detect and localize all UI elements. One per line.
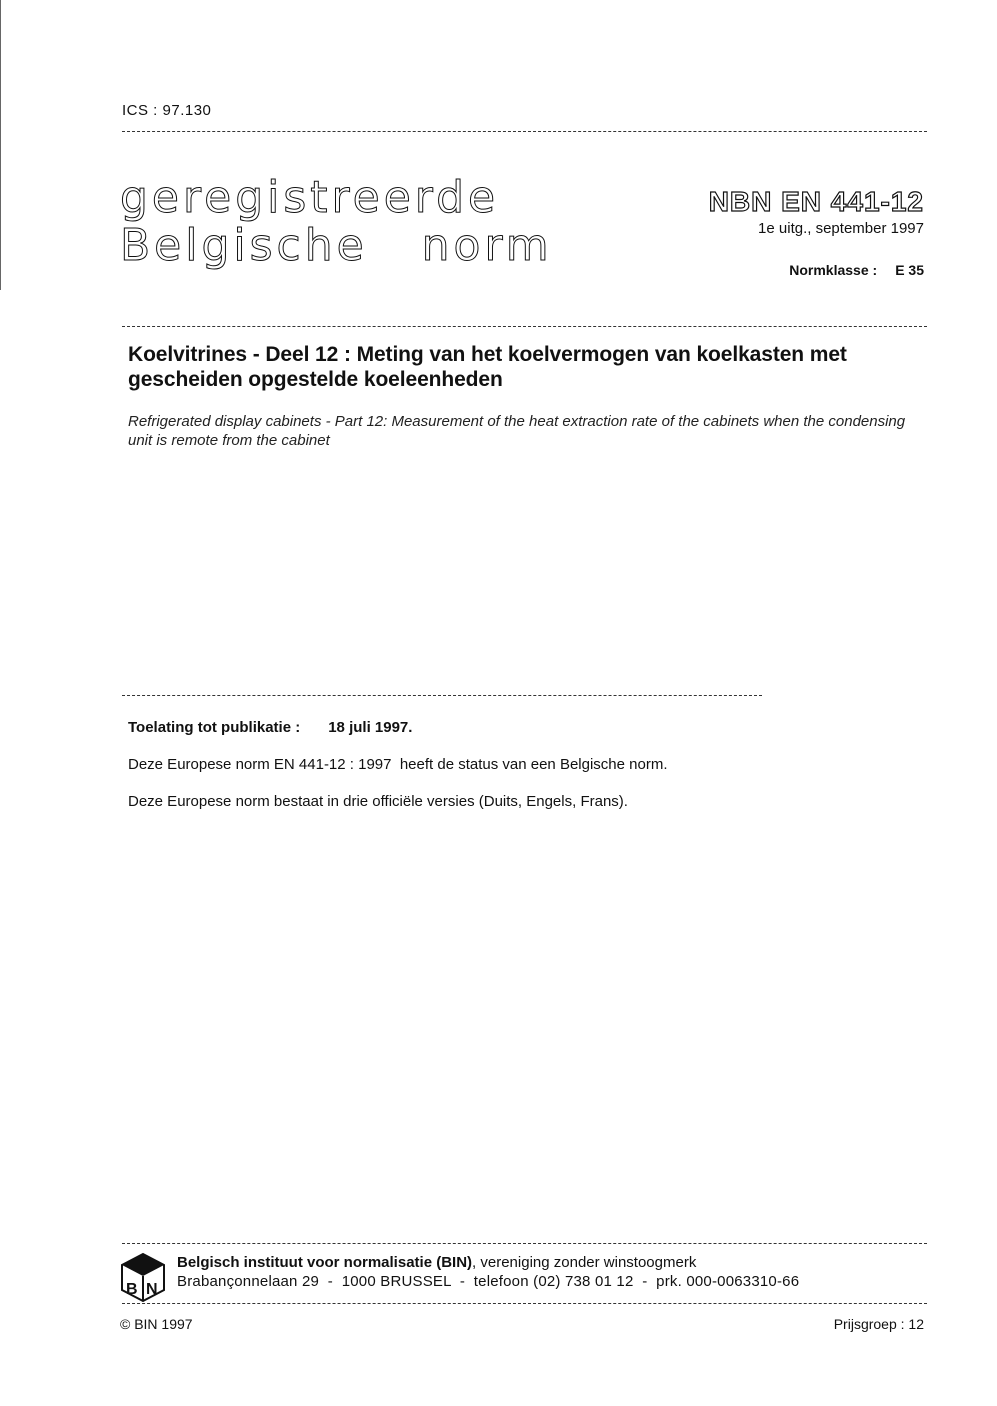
brand-line-1: geregistreerde xyxy=(120,176,499,220)
norm-number: NBN EN 441-12 xyxy=(709,186,924,218)
approval-label: Toelating tot publikatie : xyxy=(128,719,300,736)
organization-address: Brabançonnelaan 29 - 1000 BRUSSEL - tele… xyxy=(177,1273,799,1290)
versions-statement: Deze Europese norm bestaat in drie offic… xyxy=(128,793,628,810)
divider xyxy=(122,1243,927,1244)
norm-class: Normklasse :E 35 xyxy=(789,262,924,278)
document-title-english: Refrigerated display cabinets - Part 12:… xyxy=(128,412,928,450)
page-edge-line xyxy=(0,0,1,290)
ics-code: ICS : 97.130 xyxy=(122,102,211,119)
approval-line: Toelating tot publikatie :18 juli 1997. xyxy=(128,719,412,736)
divider xyxy=(122,1303,927,1304)
norm-class-label: Normklasse : xyxy=(789,262,877,278)
norm-class-value: E 35 xyxy=(895,262,924,278)
edition-date: 1e uitg., september 1997 xyxy=(758,220,924,237)
copyright: © BIN 1997 xyxy=(120,1316,193,1332)
organization-name: Belgisch instituut voor normalisatie (BI… xyxy=(177,1254,472,1271)
price-group: Prijsgroep : 12 xyxy=(834,1316,924,1332)
divider xyxy=(122,131,927,132)
status-statement: Deze Europese norm EN 441-12 : 1997 heef… xyxy=(128,756,668,773)
divider xyxy=(122,326,927,327)
organization-line: Belgisch instituut voor normalisatie (BI… xyxy=(177,1254,696,1271)
organization-suffix: , vereniging zonder winstoogmerk xyxy=(472,1254,696,1271)
svg-text:N: N xyxy=(146,1281,158,1298)
bin-logo-icon: B N xyxy=(118,1252,168,1302)
svg-text:B: B xyxy=(126,1281,138,1298)
brand-line-2: Belgische norm xyxy=(120,224,553,268)
divider xyxy=(122,695,762,696)
approval-date: 18 juli 1997. xyxy=(328,719,412,736)
document-title-dutch: Koelvitrines - Deel 12 : Meting van het … xyxy=(128,342,928,392)
